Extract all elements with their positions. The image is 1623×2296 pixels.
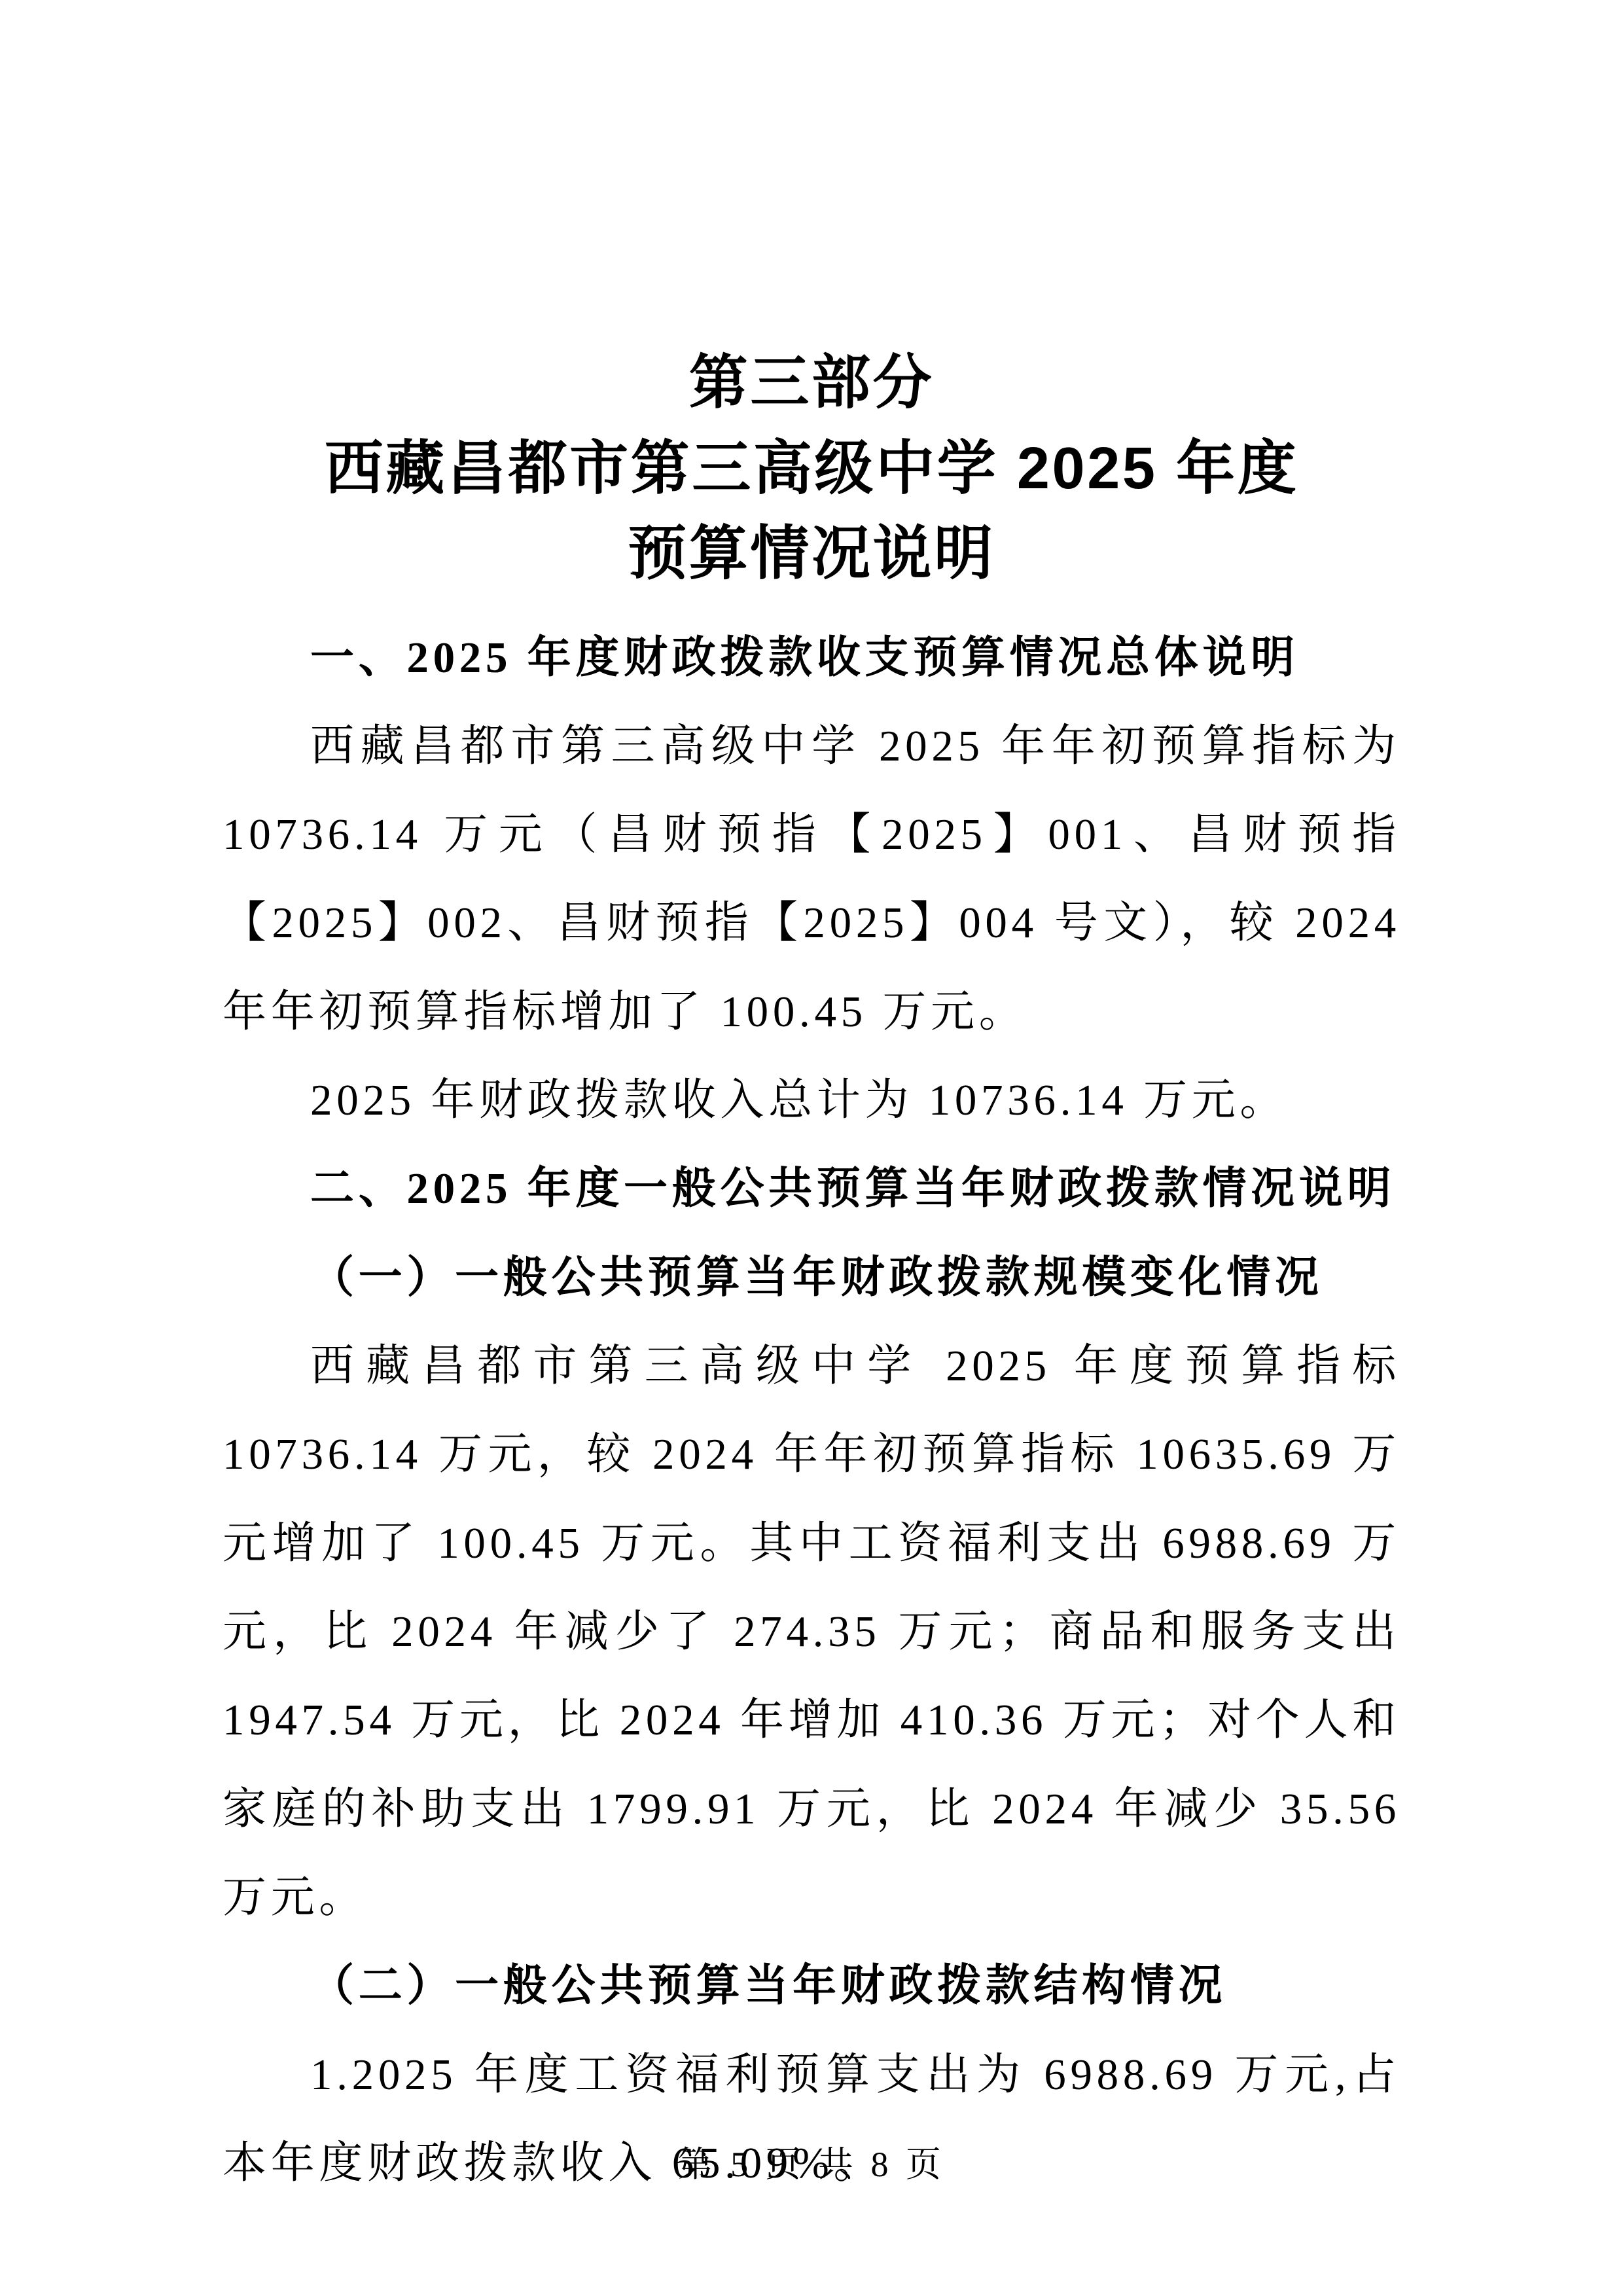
para-scale-change: 西藏昌都市第三高级中学 2025 年度预算指标 10736.14 万元，较 20… [223, 1322, 1400, 1942]
document-content: 第三部分 西藏昌都市第三高级中学 2025 年度 预算情况说明 一、2025 年… [223, 0, 1400, 2208]
page-number-label: 第 5 页 共 8 页 [678, 2145, 946, 2184]
para-budget-overview: 西藏昌都市第三高级中学 2025 年年初预算指标为 10736.14 万元（昌财… [223, 702, 1400, 1056]
document-page: 第三部分 西藏昌都市第三高级中学 2025 年度 预算情况说明 一、2025 年… [0, 0, 1623, 2296]
document-body: 一、2025 年度财政拨款收支预算情况总体说明 西藏昌都市第三高级中学 2025… [223, 614, 1400, 2208]
title-subject: 预算情况说明 [223, 511, 1400, 597]
document-title: 第三部分 西藏昌都市第三高级中学 2025 年度 预算情况说明 [223, 340, 1400, 597]
title-part-label: 第三部分 [223, 340, 1400, 426]
para-revenue-total: 2025 年财政拨款收入总计为 10736.14 万元。 [223, 1056, 1400, 1145]
title-org-year: 西藏昌都市第三高级中学 2025 年度 [223, 426, 1400, 512]
section-1-heading: 一、2025 年度财政拨款收支预算情况总体说明 [223, 614, 1400, 702]
subsection-2-2-heading: （二）一般公共预算当年财政拨款结构情况 [223, 1942, 1400, 2030]
subsection-2-1-heading: （一）一般公共预算当年财政拨款规模变化情况 [223, 1234, 1400, 1322]
section-2-heading: 二、2025 年度一般公共预算当年财政拨款情况说明 [223, 1145, 1400, 1233]
page-footer: 第 5 页 共 8 页 [0, 2144, 1623, 2186]
